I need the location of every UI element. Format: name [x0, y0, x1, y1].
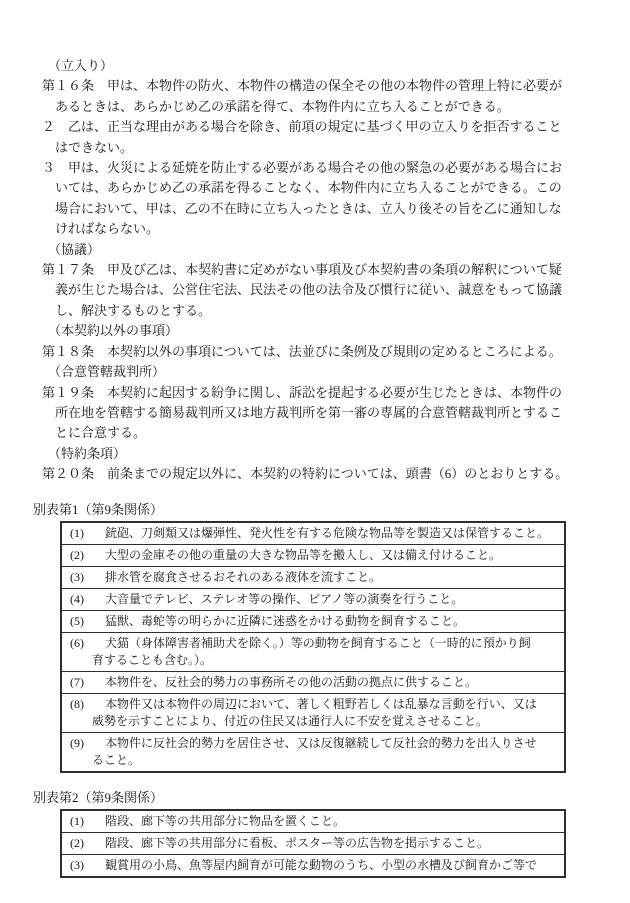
row-text: 犬猫（身体障害者補助犬を除く。）等の動物を飼育すること（一時的に預かり飼 育する… [92, 635, 560, 669]
row-text: 本物件又は本物件の周辺において、著しく粗野若しくは乱暴な言動を行い、又は 威勢を… [92, 696, 560, 730]
clause-label-jurisdiction: （合意管轄裁判所） [42, 362, 592, 382]
clause-label-entry: （立入り） [42, 56, 592, 76]
contract-text-block: （立入り） 第１６条 甲は、本物件の防火、本物件の構造の保全その他の本物件の管理… [0, 0, 630, 878]
article-18-paragraph: 第１８条 本契約以外の事項については、法並びに条例及び規則の定めるところによる。 [42, 342, 592, 362]
row-text: 本物件に反社会的勢力を居住させ、又は反復継続して反社会的勢力を出入りさせ ること… [92, 735, 560, 769]
appendix1-table: (1)銃砲、刀剣類又は爆弾性、発火性を有する危険な物品等を製造又は保管すること。… [60, 521, 566, 773]
row-text: 大音量でテレビ、ステレオ等の操作、ピアノ等の演奏を行うこと。 [92, 591, 560, 608]
row-number: (4) [62, 591, 92, 608]
row-number: (6) [62, 635, 92, 652]
article-17-paragraph: 第１７条 甲及び乙は、本契約書に定めがない事項及び本契約書の条項の解釈について疑… [42, 260, 592, 321]
table-row: (5)猛獣、毒蛇等の明らかに近隣に迷惑をかける動物を飼育すること。 [61, 610, 565, 632]
table-row: (2)大型の金庫その他の重量の大きな物品等を搬入し、又は備え付けること。 [61, 544, 565, 566]
row-text: 大型の金庫その他の重量の大きな物品等を搬入し、又は備え付けること。 [92, 547, 560, 564]
row-text: 本物件を、反社会的勢力の事務所その他の活動の拠点に供すること。 [92, 674, 560, 691]
row-number: (7) [62, 674, 92, 691]
contract-page: （立入り） 第１６条 甲は、本物件の防火、本物件の構造の保全その他の本物件の管理… [0, 0, 630, 903]
row-number: (3) [62, 569, 92, 586]
table-row: (3)観賞用の小鳥、魚等屋内飼育が可能な動物のうち、小型の水槽及び飼育かご等で [61, 855, 565, 878]
row-text: 観賞用の小鳥、魚等屋内飼育が可能な動物のうち、小型の水槽及び飼育かご等で [92, 857, 560, 874]
table-row: (6)犬猫（身体障害者補助犬を除く。）等の動物を飼育すること（一時的に預かり飼 … [61, 632, 565, 671]
row-text: 階段、廊下等の共用部分に看板、ポスター等の広告物を掲示すること。 [92, 835, 560, 852]
row-number: (9) [62, 735, 92, 752]
table-row: (2)階段、廊下等の共用部分に看板、ポスター等の広告物を掲示すること。 [61, 833, 565, 855]
row-number: (2) [62, 547, 92, 564]
table-row: (7)本物件を、反社会的勢力の事務所その他の活動の拠点に供すること。 [61, 671, 565, 693]
row-number: (1) [62, 525, 92, 542]
table-row: (9)本物件に反社会的勢力を居住させ、又は反復継続して反社会的勢力を出入りさせ … [61, 732, 565, 772]
clause-label-consultation: （協議） [42, 240, 592, 260]
row-text: 猛獣、毒蛇等の明らかに近隣に迷惑をかける動物を飼育すること。 [92, 613, 560, 630]
row-number: (1) [62, 813, 92, 830]
article-16-paragraph: 第１６条 甲は、本物件の防火、本物件の構造の保全その他の本物件の管理上特に必要が… [42, 76, 592, 117]
row-number: (8) [62, 696, 92, 713]
table-row: (4)大音量でテレビ、ステレオ等の操作、ピアノ等の演奏を行うこと。 [61, 588, 565, 610]
table-row: (3)排水管を腐食させるおそれのある液体を流すこと。 [61, 566, 565, 588]
row-text: 階段、廊下等の共用部分に物品を置くこと。 [92, 813, 560, 830]
row-number: (3) [62, 857, 92, 874]
appendix2-table: (1)階段、廊下等の共用部分に物品を置くこと。 (2)階段、廊下等の共用部分に看… [60, 809, 566, 878]
article-20-paragraph: 第２０条 前条までの規定以外に、本契約の特約については、頭書（6）のとおりとする… [42, 464, 592, 484]
clause-label-other-matters: （本契約以外の事項） [42, 321, 592, 341]
table-row: (8)本物件又は本物件の周辺において、著しく粗野若しくは乱暴な言動を行い、又は … [61, 693, 565, 732]
appendix2-title: 別表第2（第9条関係） [33, 788, 592, 808]
row-number: (2) [62, 835, 92, 852]
table-row: (1)階段、廊下等の共用部分に物品を置くこと。 [61, 810, 565, 833]
article-19-paragraph: 第１９条 本契約に起因する紛争に関し、訴訟を提起する必要が生じたときは、本物件の… [42, 383, 592, 444]
appendix1-title: 別表第1（第9条関係） [33, 500, 592, 520]
row-text: 排水管を腐食させるおそれのある液体を流すこと。 [92, 569, 560, 586]
article-16-item-3: ３ 甲は、火災による延焼を防止する必要がある場合その他の緊急の必要がある場合にお… [42, 158, 592, 240]
row-number: (5) [62, 613, 92, 630]
clause-label-special-terms: （特約条項） [42, 444, 592, 464]
table-row: (1)銃砲、刀剣類又は爆弾性、発火性を有する危険な物品等を製造又は保管すること。 [61, 522, 565, 545]
article-16-item-2: ２ 乙は、正当な理由がある場合を除き、前項の規定に基づく甲の立入りを拒否すること… [42, 117, 592, 158]
row-text: 銃砲、刀剣類又は爆弾性、発火性を有する危険な物品等を製造又は保管すること。 [92, 525, 560, 542]
